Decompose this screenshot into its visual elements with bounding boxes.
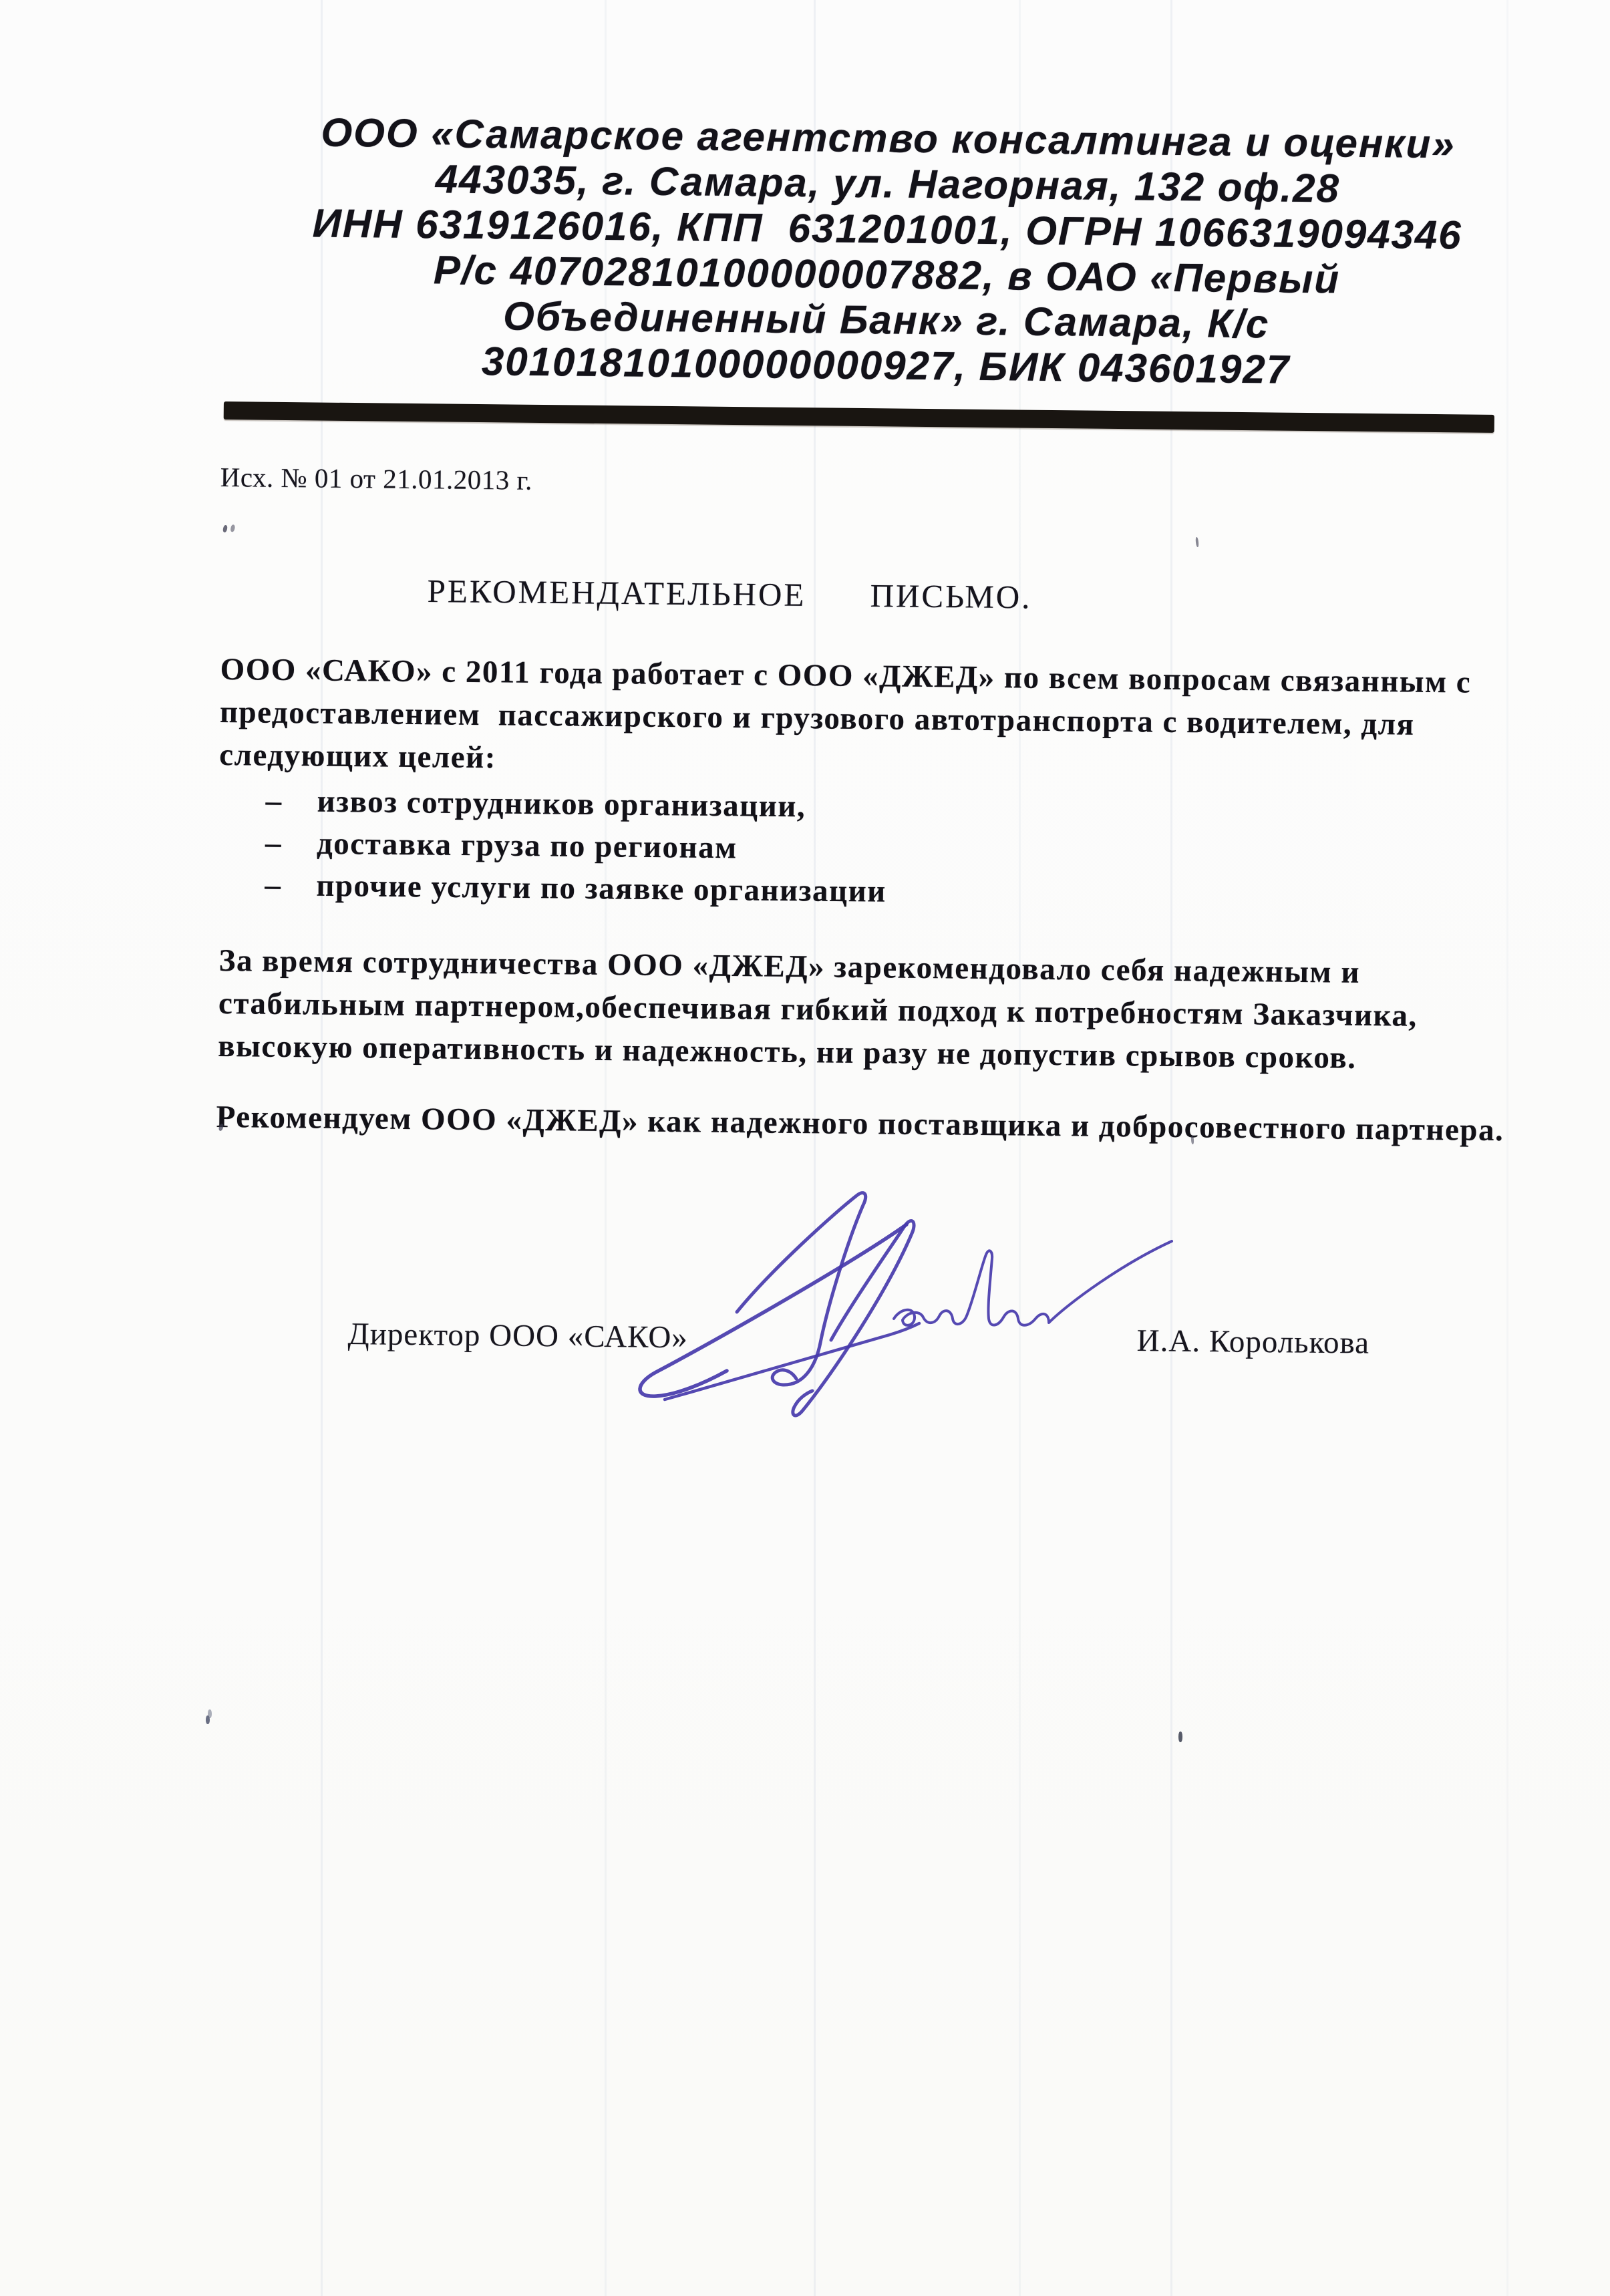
scanned-letter-page: ООО «Самарское агентство консалтинга и о… [0,0,1610,2296]
letterhead: ООО «Самарское агентство консалтинга и о… [218,109,1557,395]
scan-speck [222,524,228,532]
signer-name: И.А. Королькова [1136,1323,1370,1361]
cooperation-paragraph: За время сотрудничества ООО «ДЖЕД» зарек… [218,939,1418,1080]
list-dash: – [265,780,283,822]
services-list: –извоз сотрудников организации,–доставка… [265,780,887,913]
signature-ink-stroke [665,1323,919,1400]
list-item: –прочие услуги по заявке организации [265,864,887,913]
list-item-text: извоз сотрудников организации, [317,781,806,828]
list-item: –доставка груза по регионам [265,822,887,871]
letter-title: РЕКОМЕНДАТЕЛЬНОЕ ПИСЬМО. [427,572,1031,617]
letterhead-divider-bar [224,401,1494,433]
intro-paragraph: ООО «САКО» с 2011 года работает с ООО «Д… [219,648,1471,790]
list-dash: – [265,822,283,864]
paragraph-line: Рекомендуем ООО «ДЖЕД» как надежного пос… [216,1096,1504,1152]
list-dash: – [265,864,282,907]
scan-speck [1195,537,1199,547]
signature-ink-stroke [640,1224,907,1396]
signature-ink-stroke [894,1241,1172,1325]
recommendation-paragraph: Рекомендуем ООО «ДЖЕД» как надежного пос… [216,1096,1504,1152]
list-item-text: доставка груза по регионам [317,823,738,870]
list-item-text: прочие услуги по заявке организации [316,865,887,913]
scan-speck [206,1715,210,1724]
scan-speck [1178,1732,1182,1742]
list-item: –извоз сотрудников организации, [265,780,887,829]
reference-number-line: Исх. № 01 от 21.01.2013 г. [220,461,532,496]
signature-handwritten [615,1176,1189,1456]
